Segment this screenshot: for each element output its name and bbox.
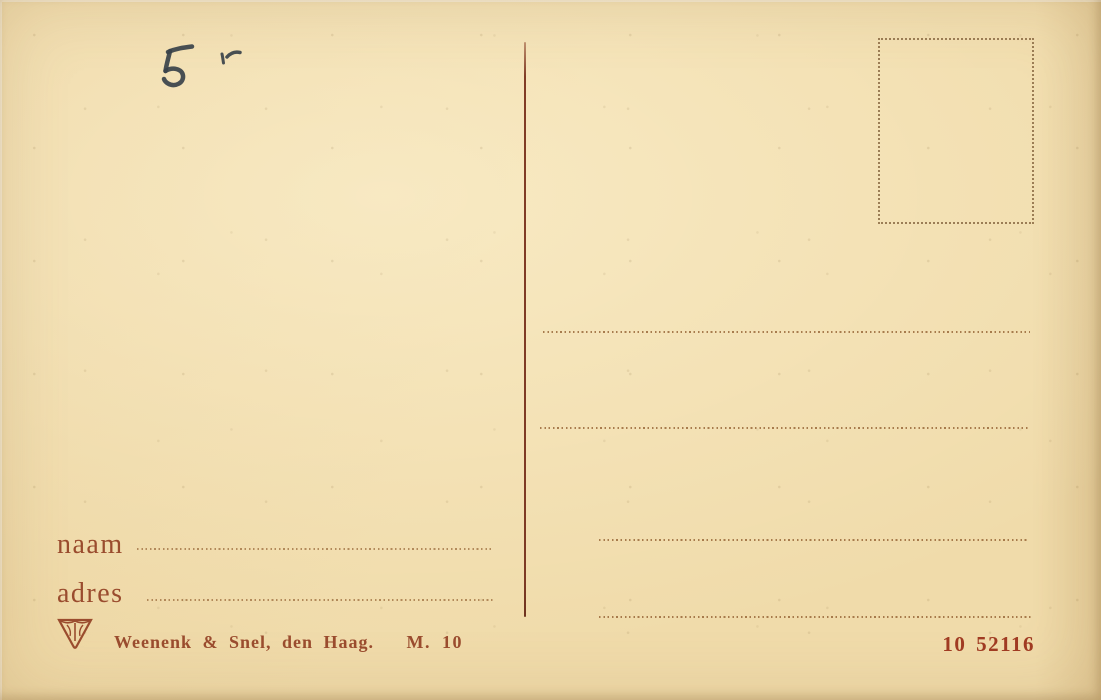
address-field-label: adres bbox=[57, 580, 124, 608]
postcard-back-scan: naam adres Weenenk & Snel, den Haag. M. … bbox=[0, 0, 1101, 700]
address-dotted-line-4 bbox=[599, 616, 1033, 618]
address-dotted-line-1 bbox=[543, 331, 1030, 333]
name-field-label: naam bbox=[57, 531, 124, 559]
stamp-box bbox=[878, 38, 1034, 224]
address-dotted-line bbox=[147, 599, 494, 601]
name-dotted-line bbox=[137, 548, 494, 550]
weenenk-snel-monogram-icon bbox=[57, 616, 93, 651]
address-dotted-line-2 bbox=[540, 427, 1028, 429]
address-dotted-line-3 bbox=[599, 539, 1029, 541]
handwritten-price-mark bbox=[150, 36, 272, 108]
publisher-imprint-row: Weenenk & Snel, den Haag. M. 10 bbox=[114, 632, 463, 653]
publisher-series-number: M. 10 bbox=[407, 632, 464, 652]
serial-number: 10 52116 bbox=[942, 632, 1035, 657]
publisher-imprint: Weenenk & Snel, den Haag. bbox=[114, 632, 374, 652]
divider-line bbox=[524, 42, 526, 617]
